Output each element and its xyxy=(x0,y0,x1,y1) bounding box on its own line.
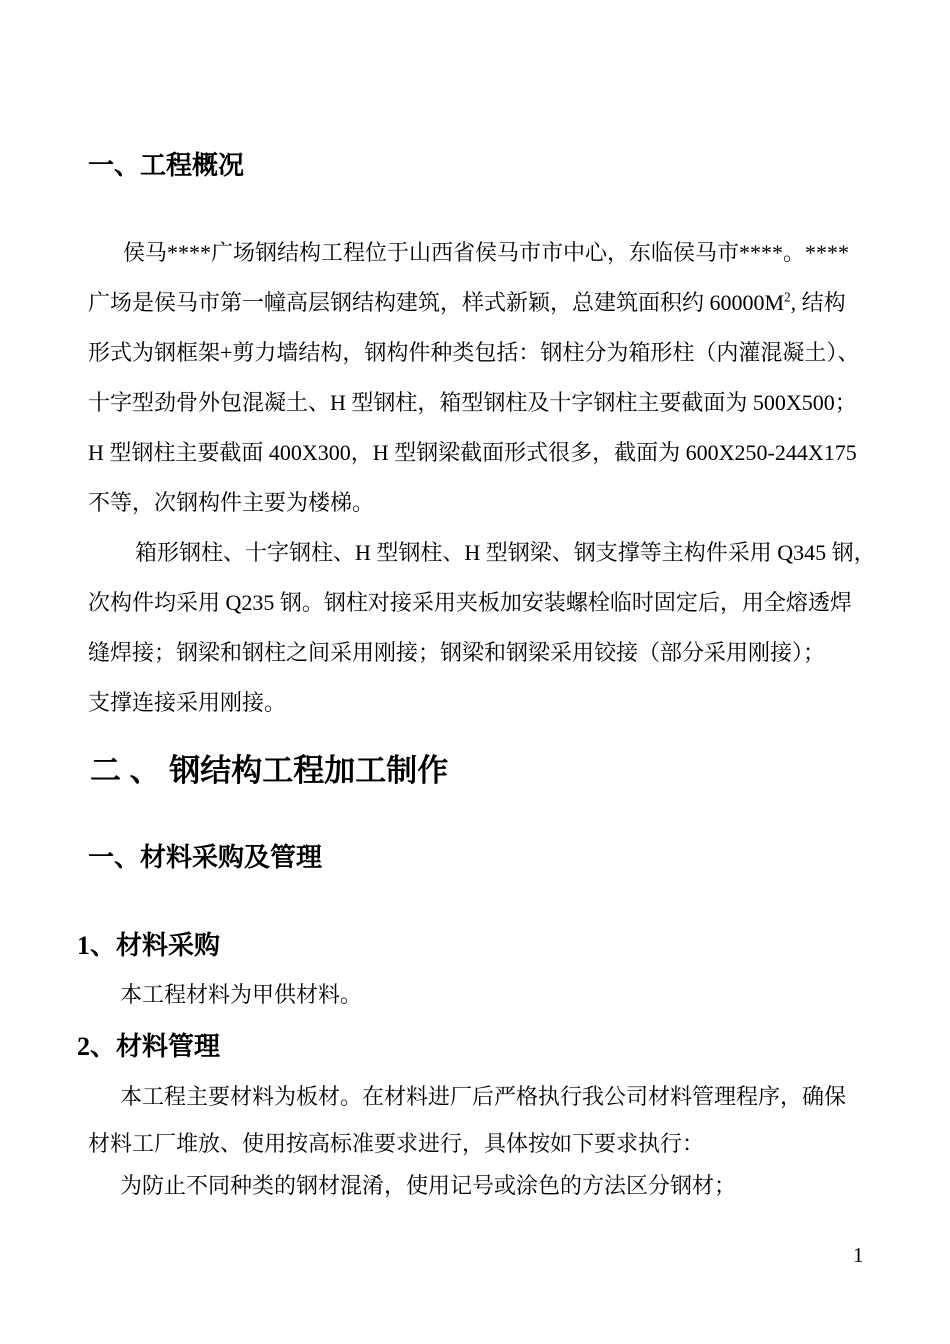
text-run: , 结构 xyxy=(791,290,846,315)
subsection-material-heading: 一、材料采购及管理 xyxy=(88,839,322,875)
document-page: 一、工程概况 侯马****广场钢结构工程位于山西省侯马市市中心，东临侯马市***… xyxy=(0,0,950,1344)
item-2-body: 本工程主要材料为板材。在材料进厂后严格执行我公司材料管理程序，确保 材料工厂堆放… xyxy=(88,1073,878,1167)
item-2-point: 为防止不同种类的钢材混淆，使用记号或涂色的方法区分钢材； xyxy=(88,1162,878,1209)
text-line: 箱形钢柱、十字钢柱、H 型钢柱、H 型钢梁、钢支撑等主构件采用 Q345 钢， xyxy=(88,528,878,578)
text-line: 广场是侯马市第一幢高层钢结构建筑，样式新颖，总建筑面积约 60000M2, 结构 xyxy=(88,278,878,328)
text-line: 十字型劲骨外包混凝土、H 型钢柱，箱型钢柱及十字钢柱主要截面为 500X500； xyxy=(88,378,878,428)
text-line: 缝焊接；钢梁和钢柱之间采用刚接；钢梁和钢梁采用铰接（部分采用刚接）； xyxy=(88,628,878,678)
item-2-material-management-heading: 2、材料管理 xyxy=(77,1029,220,1065)
text-line: 次构件均采用 Q235 钢。钢柱对接采用夹板加安装螺栓临时固定后，用全熔透焊 xyxy=(88,578,878,628)
text-line: 本工程主要材料为板材。在材料进厂后严格执行我公司材料管理程序，确保 xyxy=(88,1073,878,1120)
text-line: 本工程材料为甲供材料。 xyxy=(88,970,878,1020)
text-line: 为防止不同种类的钢材混淆，使用记号或涂色的方法区分钢材； xyxy=(88,1162,878,1209)
text-run: 广场是侯马市第一幢高层钢结构建筑，样式新颖，总建筑面积约 60000M xyxy=(88,290,784,315)
item-1-body: 本工程材料为甲供材料。 xyxy=(88,970,878,1020)
text-line: 形式为钢框架+剪力墙结构，钢构件种类包括：钢柱分为箱形柱（内灌混凝土）、 xyxy=(88,328,878,378)
section-1-body: 侯马****广场钢结构工程位于山西省侯马市市中心，东临侯马市****。**** … xyxy=(88,228,878,728)
text-line: H 型钢柱主要截面 400X300，H 型钢梁截面形式很多，截面为 600X25… xyxy=(88,428,878,478)
item-1-material-purchase-heading: 1、材料采购 xyxy=(77,928,220,964)
page-number: 1 xyxy=(853,1243,864,1267)
text-line: 侯马****广场钢结构工程位于山西省侯马市市中心，东临侯马市****。**** xyxy=(88,228,878,278)
text-line: 材料工厂堆放、使用按高标准要求进行，具体按如下要求执行： xyxy=(88,1120,878,1167)
section-1-heading: 一、工程概况 xyxy=(88,147,244,183)
superscript-2: 2 xyxy=(784,290,791,305)
text-line: 不等，次钢构件主要为楼梯。 xyxy=(88,478,878,528)
text-line: 支撑连接采用刚接。 xyxy=(88,678,878,728)
section-2-heading: 二 、 钢结构工程加工制作 xyxy=(90,751,448,791)
